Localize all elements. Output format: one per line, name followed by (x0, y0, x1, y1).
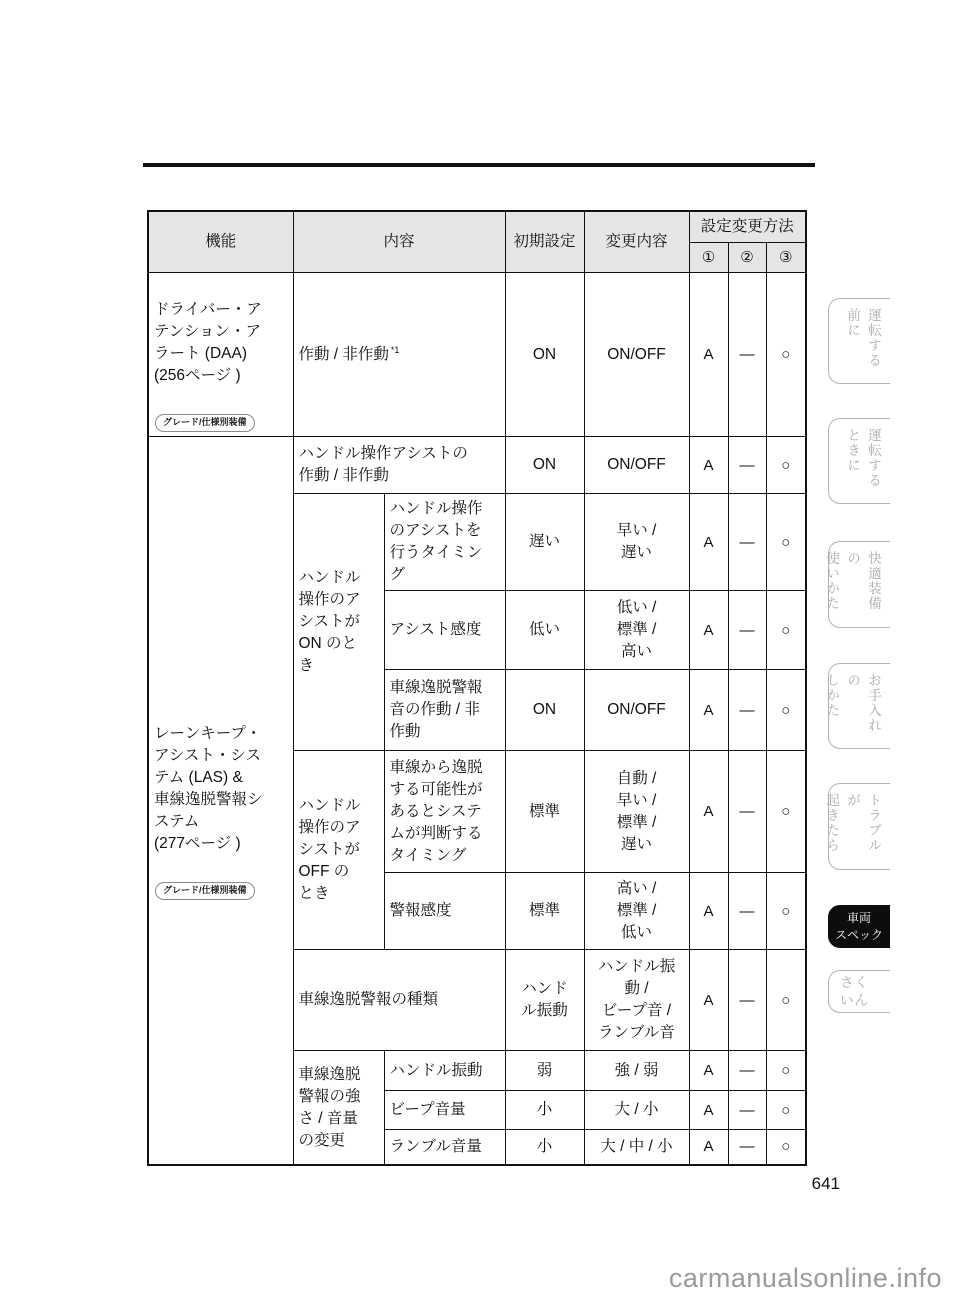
initial-cell: 低い (505, 591, 584, 670)
change-cell: ハンドル振 動 / ビープ音 / ランブル音 (584, 950, 689, 1051)
method2-cell: — (728, 1051, 766, 1091)
initial-cell: ON (505, 273, 584, 437)
page-number: 641 (756, 1174, 840, 1194)
feature-daa-label: ドライバー・ア テンション・ア ラート (DAA) (256ページ ) (154, 299, 288, 387)
method2-cell: — (728, 591, 766, 670)
method2-cell: — (728, 1130, 766, 1165)
header-method-3-icon: ③ (766, 243, 806, 273)
method2-cell: — (728, 670, 766, 751)
change-cell: ON/OFF (584, 273, 689, 437)
change-cell: 早い / 遅い (584, 494, 689, 591)
tab-before-driving: 運転する 前に (828, 298, 890, 384)
change-cell: 強 / 弱 (584, 1051, 689, 1091)
content-cell: ハンドル操作アシストの 作動 / 非作動 (293, 437, 505, 494)
method3-cell: ○ (766, 494, 806, 591)
settings-table: 機能 内容 初期設定 変更内容 設定変更方法 ① ② ③ ドライバー・ア テンシ… (147, 210, 807, 1166)
content-cell: 警報感度 (384, 873, 505, 950)
method3-cell: ○ (766, 950, 806, 1051)
method1-cell: A (689, 591, 728, 670)
change-cell: ON/OFF (584, 437, 689, 494)
table-row: ドライバー・ア テンション・ア ラート (DAA) (256ページ ) グレード… (148, 273, 806, 437)
method3-cell: ○ (766, 273, 806, 437)
method3-cell: ○ (766, 873, 806, 950)
content-cell: 作動 / 非作動*1 (293, 273, 505, 437)
header-method-1-icon: ① (689, 243, 728, 273)
change-cell: ON/OFF (584, 670, 689, 751)
initial-cell: 小 (505, 1130, 584, 1165)
method1-cell: A (689, 273, 728, 437)
change-cell: 大 / 中 / 小 (584, 1130, 689, 1165)
initial-cell: 遅い (505, 494, 584, 591)
change-cell: 自動 / 早い / 標準 / 遅い (584, 751, 689, 873)
feature-las-cell: レーンキープ・ アシスト・シス テム (LAS) & 車線逸脱警報シ ステム (… (148, 437, 293, 1165)
grade-badge: グレード/仕様別装備 (155, 882, 255, 900)
method1-cell: A (689, 437, 728, 494)
content-cell: ハンドル操作 のアシストを 行うタイミン グ (384, 494, 505, 591)
initial-cell: ON (505, 437, 584, 494)
method1-cell: A (689, 950, 728, 1051)
header-change: 変更内容 (584, 211, 689, 273)
method1-cell: A (689, 1130, 728, 1165)
section-divider-rule (143, 163, 815, 167)
grade-badge: グレード/仕様別装備 (155, 414, 255, 432)
method3-cell: ○ (766, 591, 806, 670)
header-content: 内容 (293, 211, 505, 273)
content-cell: 車線逸脱警報の種類 (293, 950, 505, 1051)
method2-cell: — (728, 751, 766, 873)
content-cell: ランブル音量 (384, 1130, 505, 1165)
initial-cell: 標準 (505, 873, 584, 950)
method3-cell: ○ (766, 437, 806, 494)
content-cell: ビープ音量 (384, 1091, 505, 1130)
method1-cell: A (689, 670, 728, 751)
feature-daa-cell: ドライバー・ア テンション・ア ラート (DAA) (256ページ ) グレード… (148, 273, 293, 437)
content-cell: 車線逸脱警報 音の作動 / 非 作動 (384, 670, 505, 751)
method1-cell: A (689, 1051, 728, 1091)
method3-cell: ○ (766, 670, 806, 751)
initial-cell: 弱 (505, 1051, 584, 1091)
watermark-text: carmanualsonline.info (669, 1263, 942, 1294)
content-cell: 車線から逸脱 する可能性が あるとシステ ムが判断する タイミング (384, 751, 505, 873)
header-initial: 初期設定 (505, 211, 584, 273)
header-function: 機能 (148, 211, 293, 273)
method2-cell: — (728, 873, 766, 950)
method1-cell: A (689, 494, 728, 591)
method3-cell: ○ (766, 1130, 806, 1165)
tab-maintenance: お手入れの しかた (828, 663, 890, 749)
method3-cell: ○ (766, 1091, 806, 1130)
change-cell: 大 / 小 (584, 1091, 689, 1130)
group-assist-on-cell: ハンドル 操作のア シストが ON のと き (293, 494, 384, 751)
group-assist-off-cell: ハンドル 操作のア シストが OFF の とき (293, 751, 384, 950)
feature-las-label: レーンキープ・ アシスト・シス テム (LAS) & 車線逸脱警報シ ステム (… (154, 723, 288, 855)
method2-cell: — (728, 273, 766, 437)
method3-cell: ○ (766, 751, 806, 873)
header-method-2-icon: ② (728, 243, 766, 273)
method2-cell: — (728, 1091, 766, 1130)
method2-cell: — (728, 437, 766, 494)
change-cell: 低い / 標準 / 高い (584, 591, 689, 670)
method2-cell: — (728, 950, 766, 1051)
initial-cell: 小 (505, 1091, 584, 1130)
footnote-marker: *1 (391, 345, 400, 355)
tab-comfort-equipment: 快適装備の 使いかた (828, 541, 890, 628)
initial-cell: ハンド ル振動 (505, 950, 584, 1051)
tab-index: さく いん (828, 970, 890, 1013)
method1-cell: A (689, 1091, 728, 1130)
group-warning-strength-cell: 車線逸脱 警報の強 さ / 音量 の変更 (293, 1051, 384, 1165)
method3-cell: ○ (766, 1051, 806, 1091)
header-method: 設定変更方法 (689, 211, 806, 243)
initial-cell: 標準 (505, 751, 584, 873)
table-header-row: 機能 内容 初期設定 変更内容 設定変更方法 (148, 211, 806, 243)
method1-cell: A (689, 873, 728, 950)
table-row: レーンキープ・ アシスト・シス テム (LAS) & 車線逸脱警報シ ステム (… (148, 437, 806, 494)
content-cell: ハンドル振動 (384, 1051, 505, 1091)
initial-cell: ON (505, 670, 584, 751)
content-cell: アシスト感度 (384, 591, 505, 670)
change-cell: 高い / 標準 / 低い (584, 873, 689, 950)
tab-vehicle-spec-active: 車両 スペック (828, 905, 890, 948)
method1-cell: A (689, 751, 728, 873)
method2-cell: — (728, 494, 766, 591)
tab-trouble: トラブルが 起きたら (828, 783, 890, 870)
tab-while-driving: 運転する ときに (828, 418, 890, 504)
